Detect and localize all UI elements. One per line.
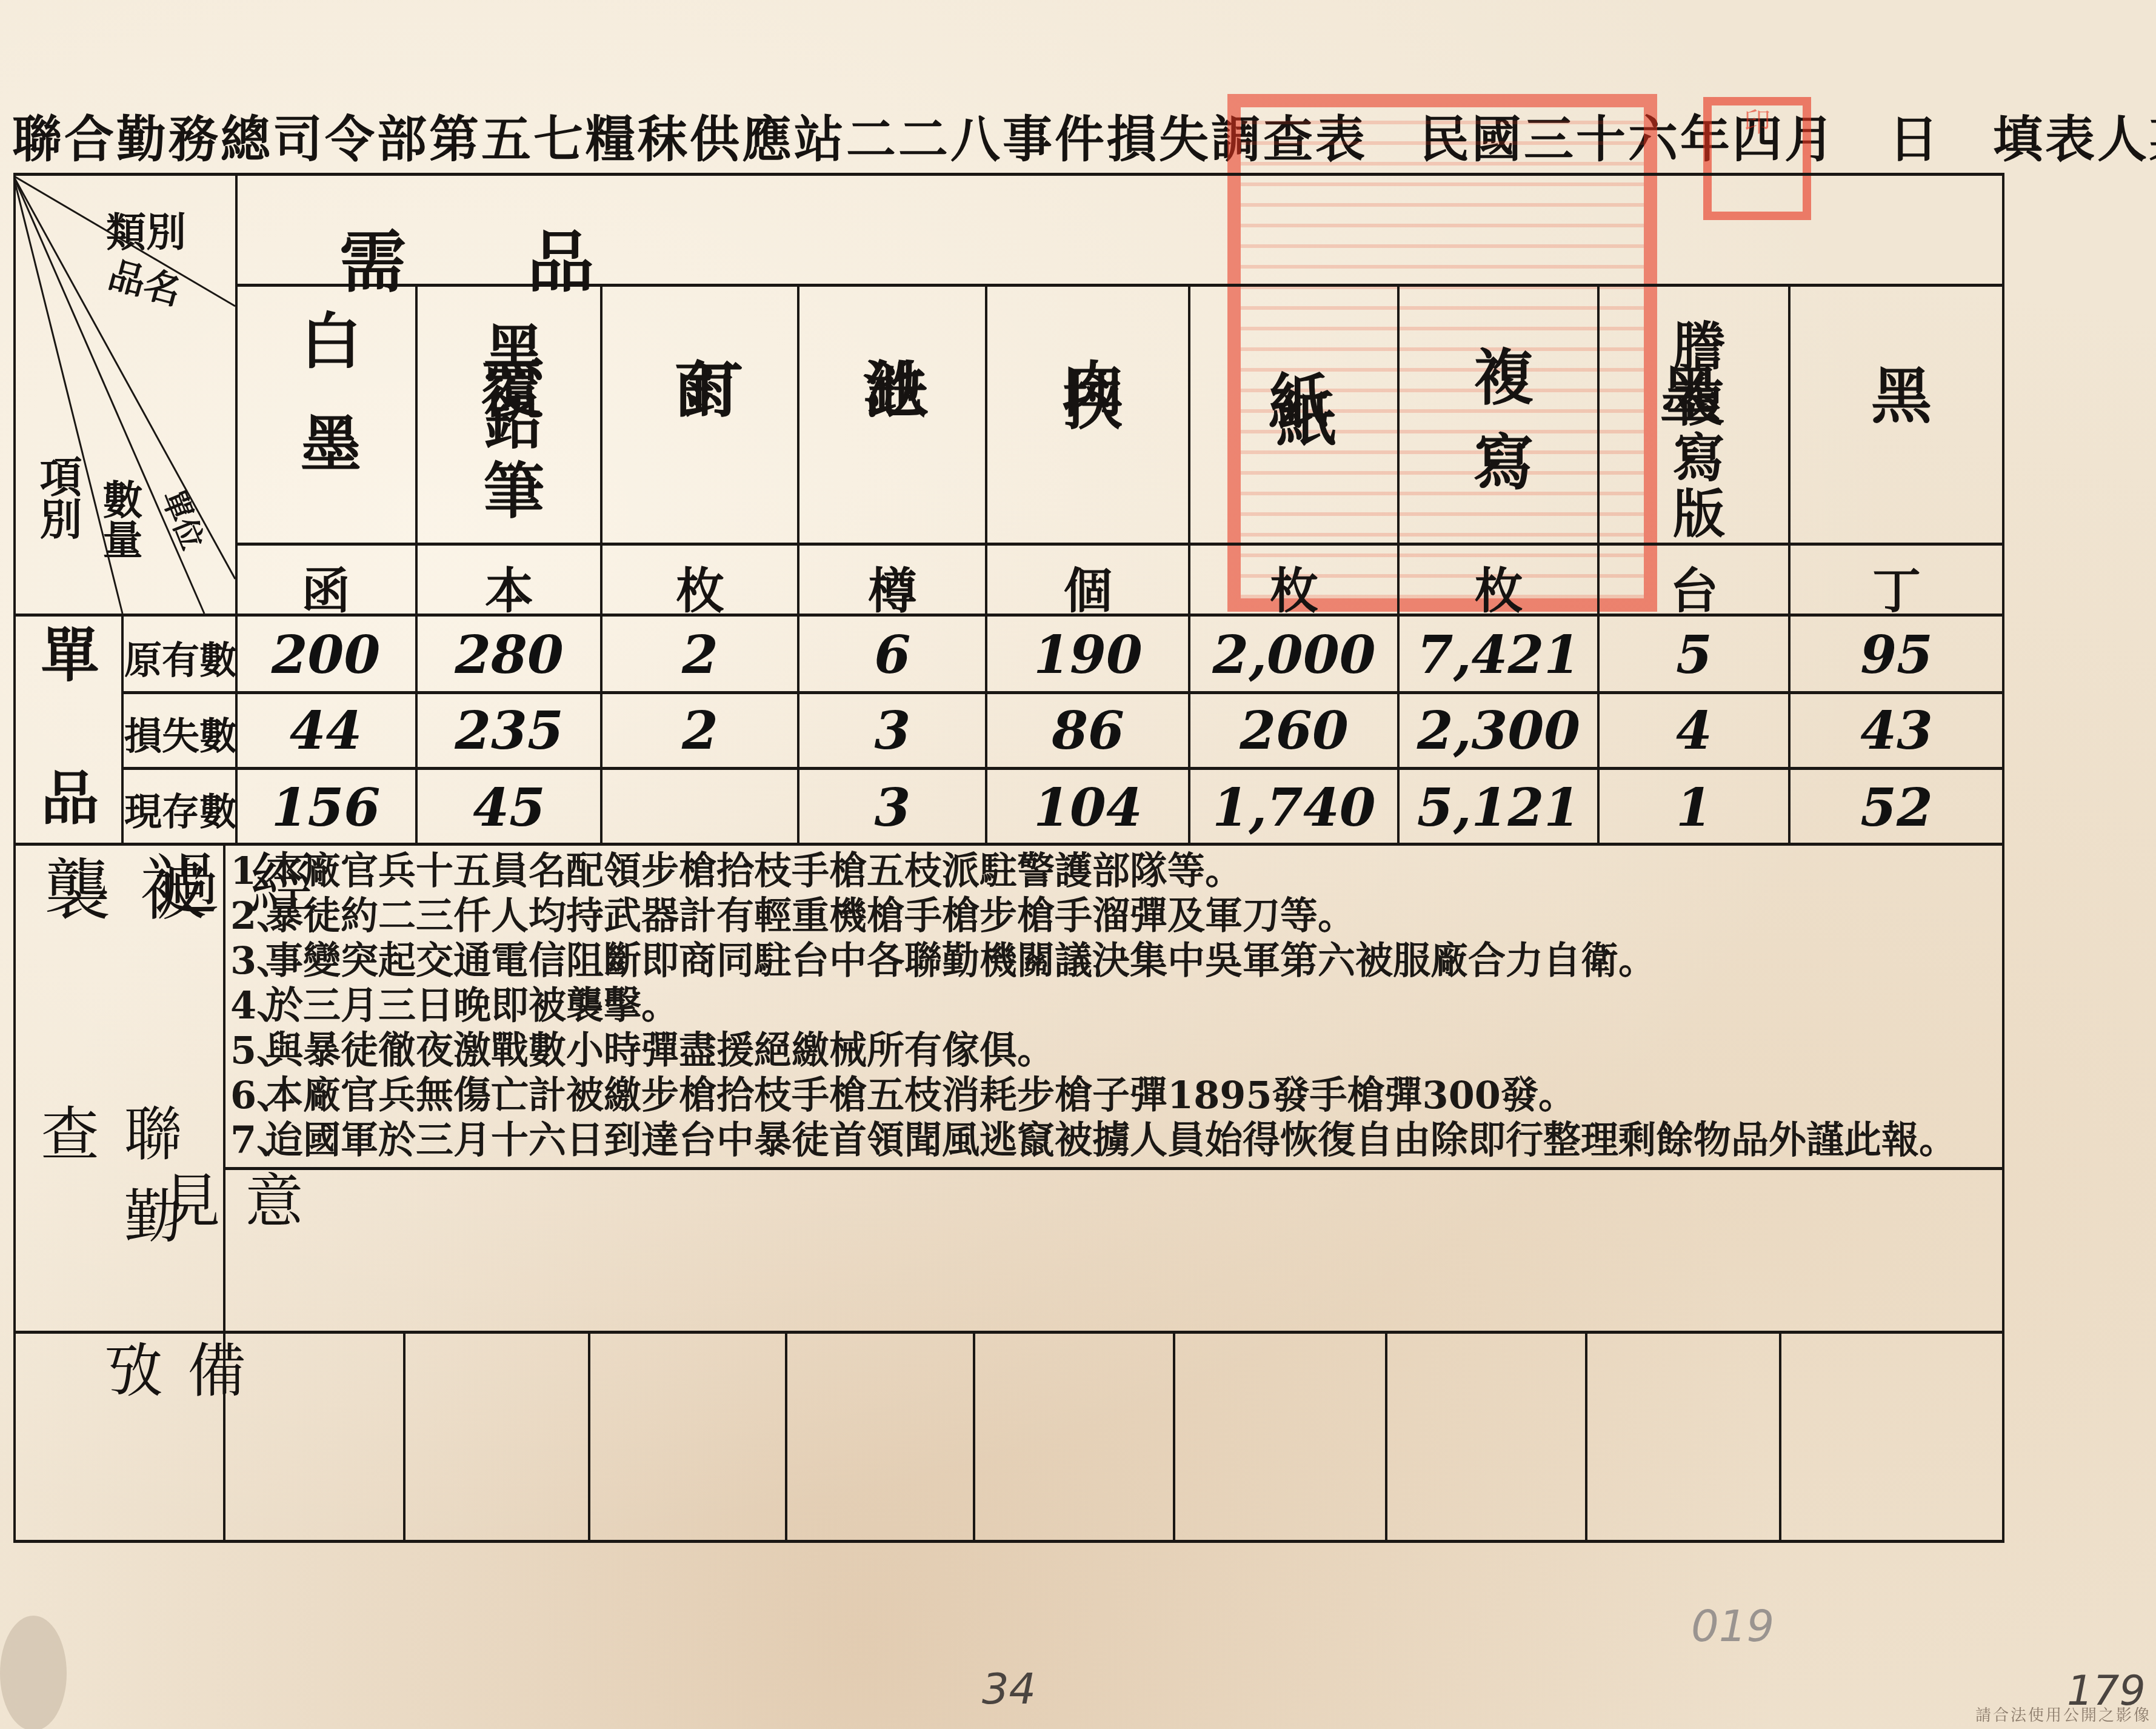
narrative-line: 7、迨國軍於三月十六日到達台中暴徒首領聞風逃竄被擄人員始得恢復自由除即行整理剩餘… xyxy=(230,1118,1957,1163)
cell-original: 6 xyxy=(800,624,985,686)
column-header-black-ink: 黑墨 xyxy=(1791,315,2002,546)
remarks-divider xyxy=(1385,1334,1387,1540)
watermark-text: 請合法使用公開之影像 xyxy=(1975,1703,2151,1725)
cell-original: 200 xyxy=(236,624,415,686)
remarks-label: 備攷 xyxy=(88,1340,254,1534)
row-label-lost: 損失數 xyxy=(124,706,233,760)
line-number: 3、 xyxy=(230,938,265,983)
line-number: 2、 xyxy=(230,894,265,938)
unit-cell: 枚 xyxy=(603,552,797,621)
cell-remaining: 3 xyxy=(800,777,985,838)
remarks-divider xyxy=(1779,1334,1781,1540)
narrative-line: 2、暴徒約二三仟人均持武器計有輕重機槍手槍步槍手溜彈及軍刀等。 xyxy=(230,894,1355,938)
line-number: 1、 xyxy=(230,849,265,894)
cell-original: 280 xyxy=(418,624,600,686)
col-divider xyxy=(1188,284,1190,843)
narrative-line: 5、與暴徒徹夜激戰數小時彈盡援絕繳械所有傢俱。 xyxy=(230,1028,1055,1073)
line-number: 5、 xyxy=(230,1028,265,1073)
line-text: 事變突起交通電信阻斷即商同駐台中各聯勤機關議決集中吳軍第六被服廠合力自衛。 xyxy=(265,938,1656,983)
unit-cell: 枚 xyxy=(1191,552,1397,621)
column-header-carbon-paper: 複寫紙 xyxy=(1400,315,1597,546)
cell-original: 2,000 xyxy=(1191,624,1397,686)
line-text: 本廠官兵十五員名配領步槍拾枝手槍五枝派駐警護部隊等。 xyxy=(265,849,1243,893)
cell-remaining: 5,121 xyxy=(1400,777,1597,838)
cell-remaining: 156 xyxy=(236,777,415,838)
narrative-line: 1、本廠官兵十五員名配領步槍拾枝手槍五枝派駐警護部隊等。 xyxy=(230,849,1243,894)
unit-cell: 樽 xyxy=(800,552,985,621)
line-number: 7、 xyxy=(230,1118,265,1163)
document-title: 聯合勤務總司令部第五七糧秣供應站二二八事件損失調查表 民國三十六年四月 日 填表… xyxy=(12,100,2156,171)
narrative-line: 3、事變突起交通電信阻斷即商同駐台中各聯勤機關議決集中吳軍第六被服廠合力自衛。 xyxy=(230,938,1656,983)
col-divider xyxy=(1397,284,1400,843)
cell-original: 2 xyxy=(603,624,797,686)
quantity-bottom-border xyxy=(13,843,2004,846)
remarks-divider xyxy=(403,1334,406,1540)
pencil-page-number: 019 xyxy=(1691,1600,1774,1651)
line-text: 暴徒約二三仟人均持武器計有輕重機槍手槍步槍手溜彈及軍刀等。 xyxy=(265,894,1355,938)
corner-label-quantity: 數量 xyxy=(91,479,149,559)
personal-seal-stamp: 印 xyxy=(1703,97,1811,220)
remarks-divider xyxy=(1173,1334,1175,1540)
cell-lost: 4 xyxy=(1600,700,1788,761)
row-divider-1 xyxy=(121,691,2004,694)
line-text: 於三月三日晚即被襲擊。 xyxy=(265,983,679,1028)
line-text: 迨國軍於三月十六日到達台中暴徒首領聞風逃竄被擄人員始得恢復自由除即行整理剩餘物品… xyxy=(265,1118,1957,1162)
remarks-divider xyxy=(973,1334,975,1540)
table-bottom-border xyxy=(13,1540,2004,1543)
column-header-chalk: 白墨 xyxy=(236,309,415,527)
unit-cell: 丁 xyxy=(1791,552,2002,621)
table-right-border xyxy=(2002,173,2004,1542)
line-text: 本廠官兵無傷亡計被繳步槍拾枝手槍五枝消耗步槍子彈1895發手槍彈300發。 xyxy=(265,1073,1576,1117)
category-header: 需品 xyxy=(339,209,715,305)
unit-cell: 台 xyxy=(1600,552,1788,621)
row-label-remaining: 現存數 xyxy=(124,782,233,836)
cell-lost: 3 xyxy=(800,700,985,761)
cell-original: 95 xyxy=(1791,624,2002,686)
remarks-divider xyxy=(1585,1334,1587,1540)
cell-original: 7,421 xyxy=(1400,624,1597,686)
cell-remaining: 52 xyxy=(1791,777,2002,838)
cell-lost: 2,300 xyxy=(1400,700,1597,761)
archive-logo-icon xyxy=(0,1616,67,1729)
cell-original: 190 xyxy=(988,624,1188,686)
cell-lost: 44 xyxy=(236,700,415,761)
unit-cell: 函 xyxy=(236,552,415,621)
review-content xyxy=(227,1171,2000,1328)
row-label-original: 原有數 xyxy=(124,630,233,684)
row-divider-2 xyxy=(121,767,2004,770)
line-number: 4、 xyxy=(230,983,265,1028)
remarks-divider xyxy=(588,1334,590,1540)
corner-label-item-type: 項別 xyxy=(27,455,88,540)
unit-cell: 枚 xyxy=(1400,552,1597,621)
table-top-border xyxy=(13,173,2004,176)
line-number: 6、 xyxy=(230,1073,265,1118)
row-group-label: 單品 xyxy=(24,624,107,831)
cell-remaining: 1,740 xyxy=(1191,777,1397,838)
cell-original: 5 xyxy=(1600,624,1788,686)
unit-cell: 本 xyxy=(418,552,600,621)
narrative-line: 4、於三月三日晚即被襲擊。 xyxy=(230,983,679,1028)
page-number-center: 34 xyxy=(982,1664,1036,1714)
seal-text: 印 xyxy=(1744,107,1771,138)
row-group-divider xyxy=(121,614,124,843)
incident-bottom-border xyxy=(224,1167,2004,1170)
line-text: 與暴徒徹夜激戰數小時彈盡援絕繳械所有傢俱。 xyxy=(265,1028,1055,1072)
remarks-divider xyxy=(785,1334,787,1540)
cell-lost: 235 xyxy=(418,700,600,761)
cell-remaining: 45 xyxy=(418,777,600,838)
cell-lost: 260 xyxy=(1191,700,1397,761)
cell-remaining: 104 xyxy=(988,777,1188,838)
cell-lost: 86 xyxy=(988,700,1188,761)
review-bottom-border xyxy=(13,1331,2004,1334)
cell-remaining: 1 xyxy=(1600,777,1788,838)
cell-lost: 43 xyxy=(1791,700,2002,761)
cell-lost: 2 xyxy=(603,700,797,761)
unit-cell: 個 xyxy=(988,552,1188,621)
narrative-line: 6、本廠官兵無傷亡計被繳步槍拾枝手槍五枝消耗步槍子彈1895發手槍彈300發。 xyxy=(230,1073,1576,1118)
